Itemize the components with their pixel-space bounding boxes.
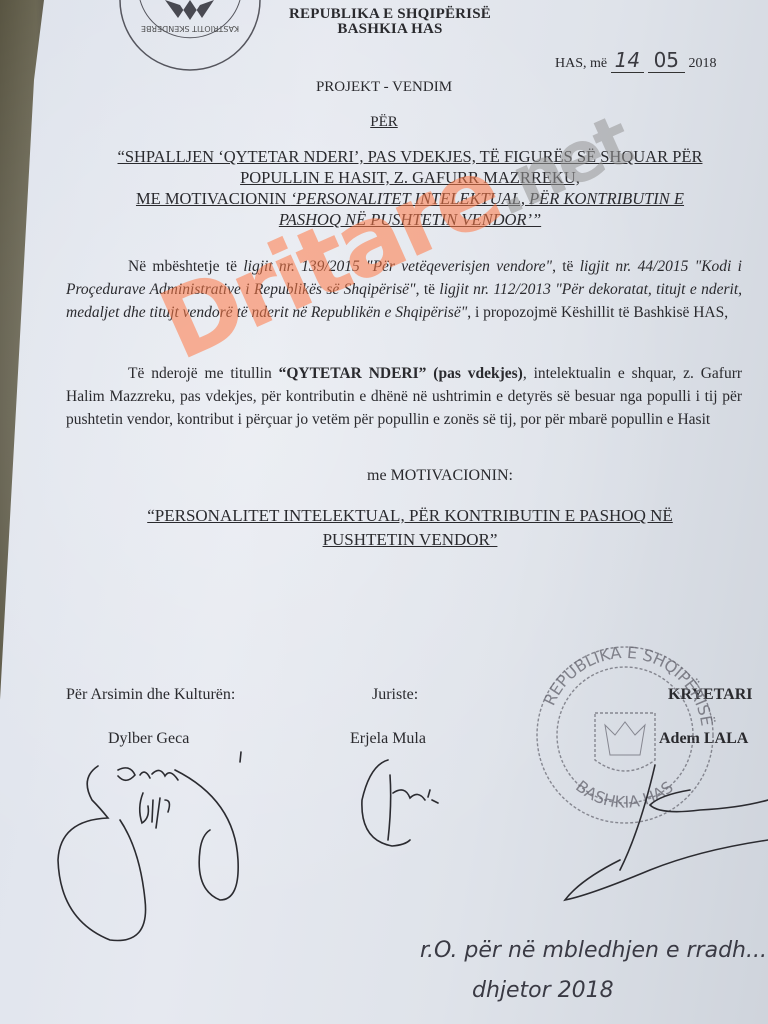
signature-lala <box>565 765 768 900</box>
handwritten-signatures <box>0 0 768 1024</box>
signature-mula <box>362 760 438 846</box>
handwritten-note-line2: dhjetor 2018 <box>472 978 614 1003</box>
signature-geca <box>58 766 146 941</box>
handwritten-note-line1: r.O. për në mbledhjen e rradh... <box>420 938 767 963</box>
